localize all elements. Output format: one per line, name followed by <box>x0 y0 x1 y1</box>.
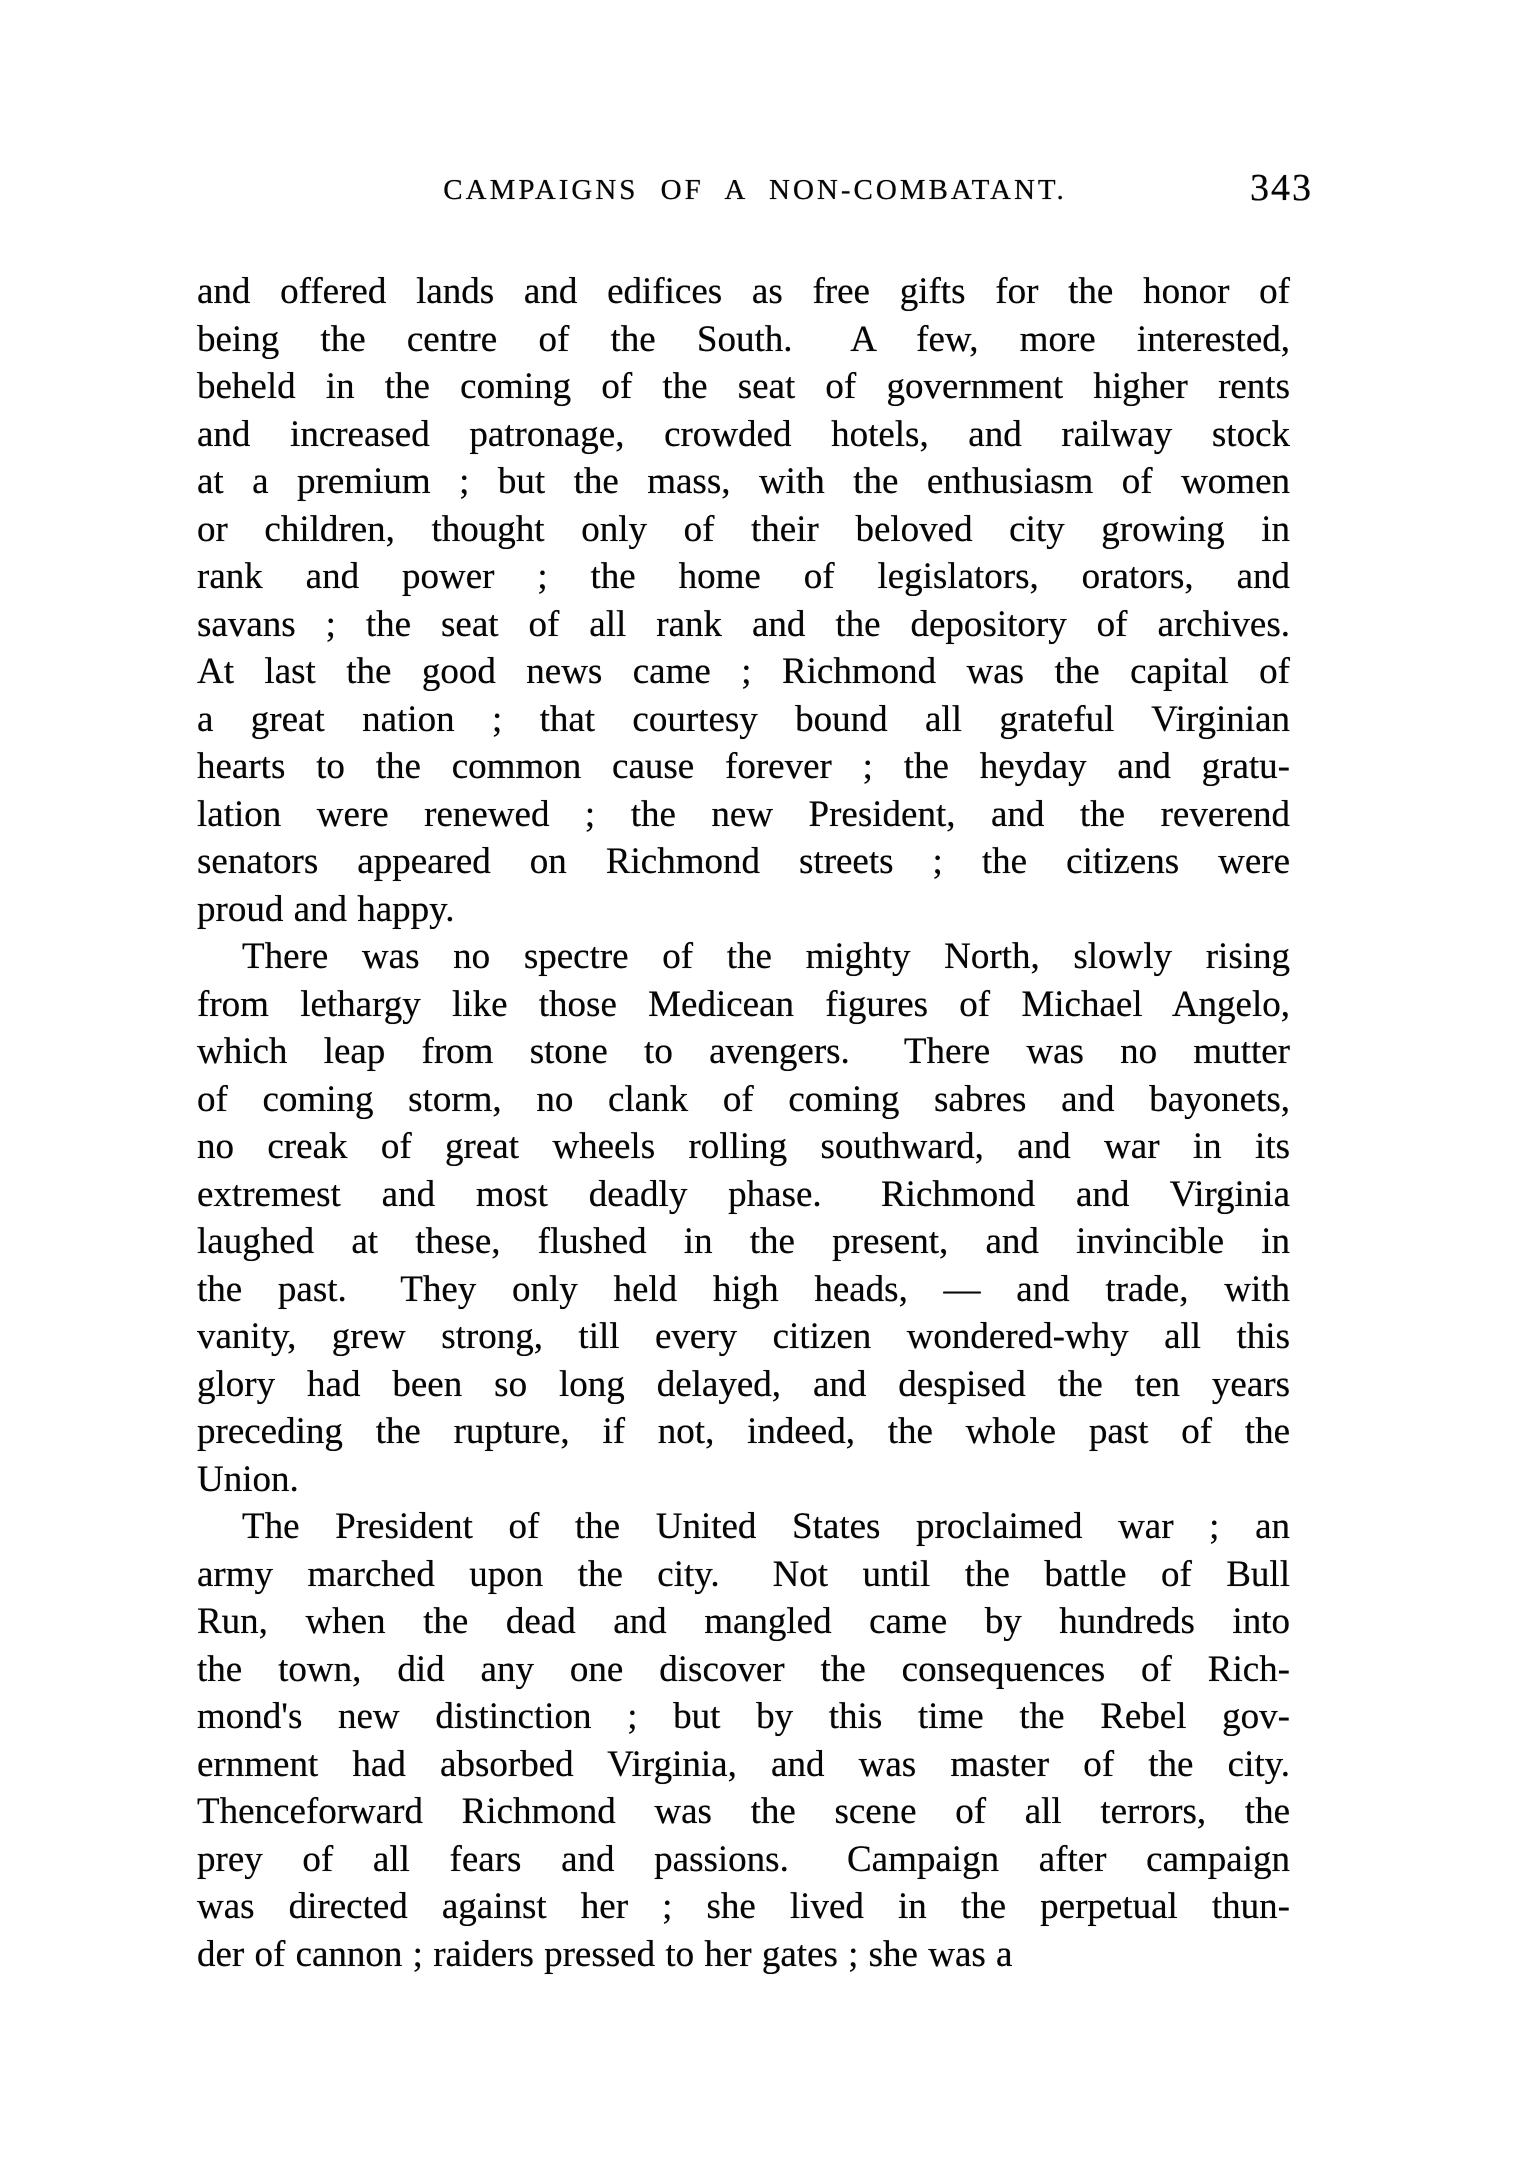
text-line: savans ; the seat of all rank and the de… <box>197 601 1290 649</box>
scanned-book-page: CAMPAIGNS OF A NON-COMBATANT. 343 and of… <box>0 0 1518 2178</box>
text-line: lation were renewed ; the new President,… <box>197 791 1290 839</box>
text-line: laughed at these, flushed in the present… <box>197 1218 1290 1266</box>
text-line: the town, did any one discover the conse… <box>197 1646 1290 1694</box>
text-line: glory had been so long delayed, and desp… <box>197 1361 1290 1409</box>
text-line: der of cannon ; raiders pressed to her g… <box>197 1931 1290 1979</box>
text-line: rank and power ; the home of legislators… <box>197 553 1290 601</box>
paragraph: There was no spectre of the mighty North… <box>197 933 1290 1503</box>
page-header: CAMPAIGNS OF A NON-COMBATANT. 343 <box>197 166 1313 212</box>
text-line: mond's new distinction ; but by this tim… <box>197 1693 1290 1741</box>
paragraph: The President of the United States procl… <box>197 1503 1290 1978</box>
text-line: or children, thought only of their belov… <box>197 506 1290 554</box>
text-line: There was no spectre of the mighty North… <box>197 933 1290 981</box>
text-line: being the centre of the South. A few, mo… <box>197 316 1290 364</box>
text-line: The President of the United States procl… <box>197 1503 1290 1551</box>
text-line: and offered lands and edifices as free g… <box>197 268 1290 316</box>
text-line: extremest and most deadly phase. Richmon… <box>197 1171 1290 1219</box>
text-line: preceding the rupture, if not, indeed, t… <box>197 1408 1290 1456</box>
text-line: which leap from stone to avengers. There… <box>197 1028 1290 1076</box>
text-line: hearts to the common cause forever ; the… <box>197 743 1290 791</box>
text-line: was directed against her ; she lived in … <box>197 1883 1290 1931</box>
page-body: and offered lands and edifices as free g… <box>197 268 1290 1978</box>
text-line: Run, when the dead and mangled came by h… <box>197 1598 1290 1646</box>
text-line: vanity, grew strong, till every citizen … <box>197 1313 1290 1361</box>
text-line: prey of all fears and passions. Campaign… <box>197 1836 1290 1884</box>
text-line: proud and happy. <box>197 886 1290 934</box>
text-line: a great nation ; that courtesy bound all… <box>197 696 1290 744</box>
text-line: and increased patronage, crowded hotels,… <box>197 411 1290 459</box>
page-number: 343 <box>1250 166 1313 210</box>
text-line: ernment had absorbed Virginia, and was m… <box>197 1741 1290 1789</box>
text-line: beheld in the coming of the seat of gove… <box>197 363 1290 411</box>
text-line: no creak of great wheels rolling southwa… <box>197 1123 1290 1171</box>
text-line: from lethargy like those Medicean figure… <box>197 981 1290 1029</box>
text-line: of coming storm, no clank of coming sabr… <box>197 1076 1290 1124</box>
text-line: at a premium ; but the mass, with the en… <box>197 458 1290 506</box>
text-line: army marched upon the city. Not until th… <box>197 1551 1290 1599</box>
text-line: senators appeared on Richmond streets ; … <box>197 838 1290 886</box>
paragraph: and offered lands and edifices as free g… <box>197 268 1290 933</box>
running-title: CAMPAIGNS OF A NON-COMBATANT. <box>197 174 1313 207</box>
text-line: the past. They only held high heads, — a… <box>197 1266 1290 1314</box>
text-line: At last the good news came ; Richmond wa… <box>197 648 1290 696</box>
text-line: Union. <box>197 1456 1290 1504</box>
text-line: Thenceforward Richmond was the scene of … <box>197 1788 1290 1836</box>
